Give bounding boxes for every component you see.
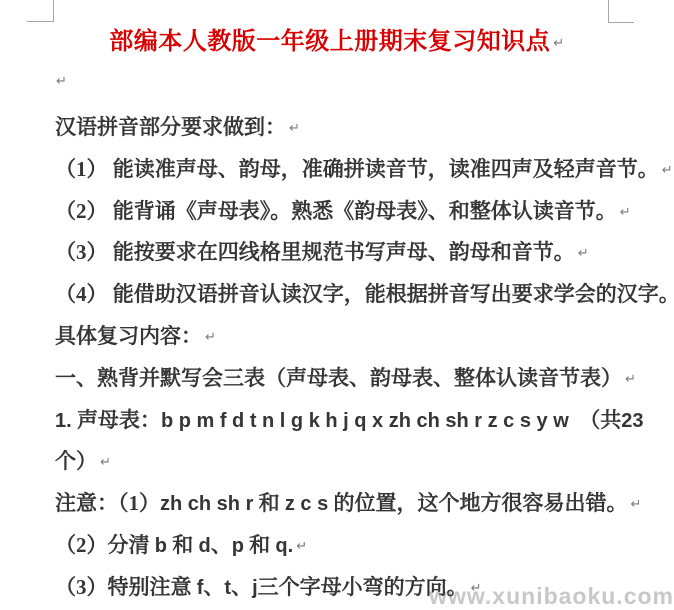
text-line: 具体复习内容：↵ bbox=[55, 321, 216, 353]
text-line: （1） 能读准声母、韵母，准确拼读音节，读准四声及轻声音节。↵ bbox=[55, 154, 673, 186]
document-title-text: 部编本人教版一年级上册期末复习知识点 bbox=[109, 29, 550, 55]
text-segment: 三个字母小弯的方向。 bbox=[258, 575, 468, 599]
text-segment: 、 bbox=[211, 533, 232, 557]
empty-paragraph: ↵ bbox=[53, 74, 67, 92]
text-line: （3） 能按要求在四线格里规范书写声母、韵母和音节。↵ bbox=[55, 237, 589, 269]
text-segment: 和 bbox=[244, 533, 276, 557]
text-segment: 和 bbox=[253, 491, 285, 515]
paragraph-mark-icon: ↵ bbox=[620, 205, 631, 220]
document-title: 部编本人教版一年级上册期末复习知识点↵ bbox=[0, 26, 674, 60]
paragraph-mark-icon: ↵ bbox=[100, 455, 111, 470]
paragraph-mark-icon: ↵ bbox=[296, 539, 307, 554]
text-segment: 声母表： bbox=[72, 408, 161, 432]
text-segment: （4） 能借助汉语拼音认读汉字，能根据拼音写出要求学会的汉字。 bbox=[55, 282, 674, 306]
paragraph-mark-icon: ↵ bbox=[625, 372, 636, 387]
text-line: （2） 能背诵《声母表》。熟悉《韵母表》、和整体认读音节。↵ bbox=[55, 196, 631, 228]
text-segment: zh ch sh r bbox=[160, 493, 253, 515]
text-segment: 和 bbox=[167, 533, 199, 557]
text-line: 个）↵ bbox=[55, 446, 111, 478]
text-segment: （共 bbox=[569, 408, 622, 432]
text-segment: 汉语拼音部分要求做到： bbox=[55, 115, 286, 139]
text-segment: z c s bbox=[285, 493, 328, 515]
document-body: 汉语拼音部分要求做到：↵（1） 能读准声母、韵母，准确拼读音节，读准四声及轻声音… bbox=[0, 0, 674, 610]
paragraph-mark-icon: ↵ bbox=[205, 330, 216, 345]
paragraph-mark-icon: ↵ bbox=[578, 246, 589, 261]
paragraph-mark-icon: ↵ bbox=[553, 36, 564, 51]
text-segment: 23 bbox=[621, 410, 643, 432]
text-line: （4） 能借助汉语拼音认读汉字，能根据拼音写出要求学会的汉字。↵ bbox=[55, 279, 674, 311]
text-segment: q. bbox=[275, 535, 293, 557]
text-line: 一、熟背并默写会三表（声母表、韵母表、整体认读音节表）↵ bbox=[55, 363, 636, 395]
text-segment: b bbox=[155, 535, 167, 557]
document-page: { "meta": { "colors": { "title_red": "#d… bbox=[0, 0, 674, 610]
text-segment: （1） 能读准声母、韵母，准确拼读音节，读准四声及轻声音节。 bbox=[55, 157, 659, 181]
text-segment: 个） bbox=[55, 449, 97, 473]
text-line: （3）特别注意 f、t、j三个字母小弯的方向。↵ bbox=[55, 572, 482, 604]
paragraph-mark-icon: ↵ bbox=[630, 497, 641, 512]
text-segment: p bbox=[232, 535, 244, 557]
paragraph-mark-icon: ↵ bbox=[662, 163, 673, 178]
text-segment: d bbox=[198, 535, 210, 557]
text-segment: 、 bbox=[203, 575, 224, 599]
text-segment: （2）分清 bbox=[55, 533, 155, 557]
paragraph-mark-icon: ↵ bbox=[56, 74, 67, 89]
paragraph-mark-icon: ↵ bbox=[471, 581, 482, 596]
text-segment: 注意：（1） bbox=[55, 491, 160, 515]
text-segment: （2） 能背诵《声母表》。熟悉《韵母表》、和整体认读音节。 bbox=[55, 199, 617, 223]
text-segment: 的位置，这个地方很容易出错。 bbox=[328, 491, 627, 515]
text-segment: 、 bbox=[231, 575, 252, 599]
text-segment: 一、熟背并默写会三表（声母表、韵母表、整体认读音节表） bbox=[55, 366, 622, 390]
text-segment: 1. bbox=[55, 410, 72, 432]
text-line: 1. 声母表：b p m f d t n l g k h j q x zh ch… bbox=[55, 405, 644, 436]
paragraph-mark-icon: ↵ bbox=[289, 121, 300, 136]
text-segment: b p m f d t n l g k h j q x zh ch sh r z… bbox=[161, 410, 569, 432]
text-segment: （3） 能按要求在四线格里规范书写声母、韵母和音节。 bbox=[55, 240, 575, 264]
text-line: 注意：（1）zh ch sh r 和 z c s 的位置，这个地方很容易出错。↵ bbox=[55, 488, 641, 520]
text-line: （2）分清 b 和 d、p 和 q.↵ bbox=[55, 530, 307, 562]
text-segment: （3）特别注意 bbox=[55, 575, 197, 599]
text-segment: 具体复习内容： bbox=[55, 324, 202, 348]
text-line: 汉语拼音部分要求做到：↵ bbox=[55, 112, 300, 144]
